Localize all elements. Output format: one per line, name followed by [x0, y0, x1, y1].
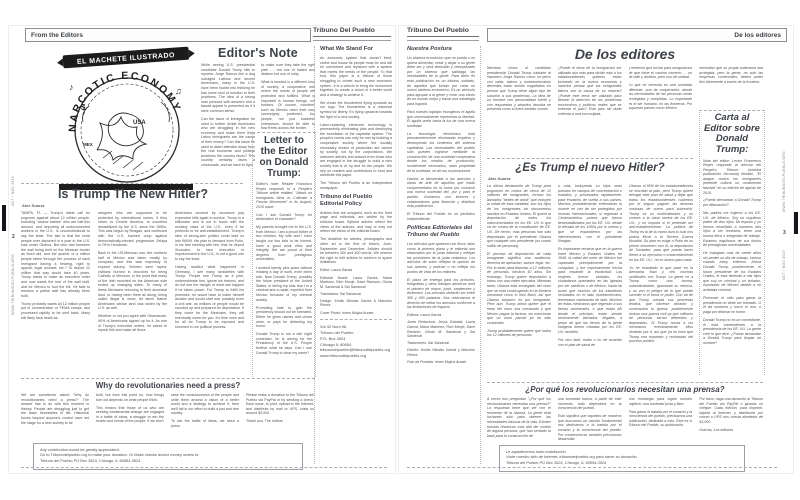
letter-to-editor-article: Letter to the Editor on Donald Trump: Ed…: [252, 132, 316, 377]
paragraph: y tenemos que luchar para asegurarnos de…: [629, 66, 693, 80]
stand-paragraphs: An economic system that doesn't feed, cl…: [320, 56, 392, 191]
paragraph: An economic system that doesn't feed, cl…: [320, 56, 392, 97]
paragraph: Obama, el 90% de los estadounidenses se …: [629, 184, 693, 262]
paragraph: Donald Trump no es un comediante, él est…: [703, 318, 761, 346]
staff-credits: Editor: Laura GarciaEditorial Board: Lau…: [320, 268, 392, 315]
masthead-rule: [407, 36, 479, 41]
address-block: Vol 42 Num 06Tribuno del PuebloP.O. Box …: [320, 324, 392, 359]
paragraph: This means that those of us who are seek…: [96, 406, 164, 424]
paragraph: A veces nos preguntan "¿Por qué los revo…: [487, 397, 551, 438]
letter-body: Can I sue Donald Trump for defamation of…: [256, 213, 312, 356]
editores-col2: ¿Puede el tema de la inmigración ser uti…: [558, 66, 622, 152]
credit-line: Design: Emilio Nikolas Garcia & Mauricio…: [320, 299, 392, 308]
paragraph: Can the issue of immigration be used to …: [201, 117, 255, 168]
press-es-col2: una sociedad nueva, a partir de este mom…: [558, 397, 622, 441]
press-es-col3: una estrategia para lograr nuestro objet…: [629, 397, 693, 441]
paragraph: Back in the US-Mexican war, the northern…: [98, 251, 167, 311]
hitler-es-col3: Obama, el 90% de los estadounidenses se …: [629, 184, 693, 368]
hitler-col2: refugees who are supposed to be protecte…: [98, 211, 167, 371]
page-right: Tribuno Del Pueblo De los editores Nuest…: [398, 25, 794, 474]
music-note-icon: ♪: [69, 82, 74, 92]
contribution-line: Tribuno del Pueblo PO Box 3524, Chicago,…: [506, 460, 738, 466]
staff-credits-es: Editora: Laura GarciaJunta Redactora: Je…: [407, 313, 475, 364]
section-header-box-right: De los editores: [487, 28, 787, 42]
hitler-article-es: ¿Es Trump el nuevo Hitler? Alex Suarez L…: [487, 162, 693, 368]
paragraph: The Tribuno del Pueblo is an independent…: [320, 181, 392, 190]
press-col4: Please make a donation to the Tribuno de…: [246, 393, 314, 439]
credit-line: Foto de Portada: Irineo Mujica Arzate: [407, 360, 475, 365]
masthead-right-text: Tribuno Del Pueblo: [407, 27, 479, 34]
cartoon-banner: EL MACHETE ILUSTRADO: [57, 46, 196, 69]
paragraph: We chose the thunderbird flying upwards …: [320, 101, 392, 119]
paragraph: Thank you, The editors: [246, 419, 314, 424]
paragraph: El proceso de deportación de cada inmigr…: [487, 252, 551, 326]
carta-al-editor-article: Carta al Editor sobre Donald Trump: Nota…: [699, 110, 765, 375]
paragraph: ¿Puede el tema de la inmigración ser uti…: [558, 66, 622, 117]
credit-line: Traductores: Sal Sandoval: [407, 341, 475, 346]
registration-mark-left: [2, 205, 6, 231]
paragraph: Los artículos que aparecen sin firma, ta…: [407, 242, 475, 274]
press-section-title: Why do revolutionaries need a press?: [21, 381, 315, 390]
masthead-left: Tribuno Del Pueblo: [313, 27, 391, 41]
paragraph: El Tribuno del Pueblo es un periódico in…: [407, 212, 475, 221]
page-number-left: 2: [12, 234, 15, 240]
edge-date-right: OCT / NOV 2015: [782, 250, 786, 280]
contribution-box: Any contribution would be greatly apprec…: [33, 443, 303, 470]
paragraph: necesitan que su propia soberanía sea pr…: [699, 66, 763, 84]
cartoon-mex-label: MEX: [83, 142, 93, 147]
masthead-right: Tribuno Del Pueblo: [407, 27, 479, 41]
press-col1: We are sometimes asked "Why do revolutio…: [21, 393, 89, 439]
contribution-line: Tribuno del Pueblo PO Box 3524, Chicago,…: [40, 458, 296, 464]
cartoon-illustration: NARCOTIC ECONOMY EL MACHETE ILUSTRADO US…: [53, 46, 199, 192]
paragraph: Can I sue Donald Trump for defamation of…: [256, 213, 312, 222]
hitler-col3: Americans covered by insurance pay expen…: [175, 211, 244, 371]
what-we-stand-for-column: What We Stand For An economic system tha…: [314, 46, 392, 464]
politicas-paragraphs: Los artículos que aparecen sin firma, ta…: [407, 242, 475, 310]
paragraph: I worked twenty plus years without missi…: [256, 266, 312, 303]
paragraph: Para ganar la batalla por el corazón y l…: [629, 410, 693, 428]
divider: [21, 183, 243, 184]
paragraph: Mis padres me trajeron a los EE. UU. de …: [703, 211, 761, 248]
paragraph: Un sistema económico que no pueda o no q…: [407, 56, 475, 107]
paragraph: Es importante recalcar que en la guerra …: [558, 247, 622, 334]
editors-note-col2: to make sure they take the right path - …: [261, 63, 315, 129]
paragraph: to make sure they take the right path - …: [261, 63, 315, 77]
postura-title: Nuestra Postura: [407, 46, 475, 53]
section-label-from-the-editors: From the Editors: [31, 32, 83, 39]
editors-note-col1: While seeing U.S. presidential candidate…: [201, 63, 255, 183]
postura-paragraphs: Un sistema económico que no pueda o no q…: [407, 56, 475, 222]
divider: [487, 158, 693, 159]
paragraph: ¿Puedo demandar a Donald Trump por difam…: [703, 198, 761, 207]
letter-editor-note: Editor's note: Reader Francisco Reyes re…: [256, 182, 312, 210]
edge-date-left: OCT / NOV 2015: [11, 176, 15, 206]
carta-body: ¿Puedo demandar a Donald Trump por difam…: [703, 198, 761, 345]
editores-col1: Mientras vimos al candidato presidencial…: [487, 66, 551, 136]
masthead-left-text: Tribuno Del Pueblo: [313, 27, 391, 34]
paragraph: He trabajado más de veinte años sin perd…: [703, 251, 761, 292]
hitler-article-byline: Alex Suarez: [22, 203, 245, 208]
paragraph: Promoting hate to gain the presidency sh…: [256, 306, 312, 329]
credit-line: Translators: Sal Sandoval: [320, 292, 392, 297]
de-los-editores-title: De los editores: [487, 46, 763, 62]
hitler-es-col2: o más, incluyendo su hijos sean puestos …: [558, 184, 622, 368]
edge-website-right: WWW.TRIBUNODELPUEBLO.ORG: [782, 151, 786, 212]
paragraph: Para nuestro logotipo escogimos el águil…: [407, 110, 475, 128]
hitler-es-col1: La última declaración de Trump para pogr…: [487, 184, 551, 368]
paragraph: We are sometimes asked "Why do revolutio…: [21, 393, 89, 425]
page-bottom-rule: [407, 467, 777, 468]
hitler-col1: TAMPA, FL — Trump's latest call for pogr…: [21, 211, 90, 371]
stand-title: What We Stand For: [320, 46, 392, 53]
masthead-rule: [313, 36, 391, 41]
press-section-es: ¿Por qué los revolucionarios necesitan u…: [487, 382, 763, 472]
credit-line: Diseño: Emilio Nikolas Garcia y Mauricio…: [407, 348, 475, 357]
music-note-icon: ♫: [175, 86, 182, 96]
paragraph: La última declaración de Trump para pogr…: [487, 184, 551, 248]
paragraph: What is needed is a different kind of so…: [261, 80, 315, 129]
divider: [320, 319, 392, 320]
paragraph: Promover el odio para ganar la presidenc…: [703, 296, 761, 314]
credit-line: Editor: Laura Garcia: [320, 268, 392, 273]
paragraph: una estrategia para lograr nuestro objet…: [629, 397, 693, 406]
section-header-box-left: From the Editors: [25, 28, 311, 42]
paragraph: una sociedad nueva, a partir de este mom…: [558, 397, 622, 411]
credit-line: Junta Redactora: Jesús Estrada, Laura Ga…: [407, 320, 475, 338]
page-bottom-rule: [21, 467, 387, 468]
politicas-editoriales-title: Políticas Editoriales del Tribuno del Pu…: [407, 225, 475, 239]
press-es-title: ¿Por qué los revolucionarios necesitan u…: [487, 385, 763, 394]
edge-website-left: WWW.TRIBUNODELPUEBLO.ORG: [11, 254, 15, 315]
press-es-col1: A veces nos preguntan "¿Por qué los revo…: [487, 397, 551, 441]
credit-line: Editora: Laura Garcia: [407, 313, 475, 318]
press-section: Why do revolutionaries need a press? We …: [21, 378, 315, 470]
page-left: OCT / NOV 2015 2 WWW.TRIBUNODELPUEBLO.OR…: [8, 25, 396, 474]
carta-editor-note: Nota del editor: Lector Francesco Reyes …: [703, 159, 761, 196]
hitler-article-title: Is Trump The New Hitler?: [21, 187, 245, 201]
paragraph: TAMPA, FL — Trump's latest call for pogr…: [21, 211, 90, 298]
hitler-article: Is Trump The New Hitler? Alex Suarez TAM…: [21, 187, 245, 371]
editores-col3: y tenemos que luchar para asegurarnos de…: [629, 66, 693, 154]
paragraph: Americans covered by insurance pay expen…: [175, 211, 244, 262]
paragraph: Por otro lado, están o no de acuerdo con…: [558, 338, 622, 347]
dollar-sign-icon: $: [81, 103, 86, 112]
hitler-es-title: ¿Es Trump el nuevo Hitler?: [487, 162, 693, 174]
cartoon-arc-text: NARCOTIC ECONOMY: [67, 70, 184, 132]
section-label-de-los-editores: De los editores: [734, 32, 781, 39]
paragraph: o más, incluyendo su hijos sean puestos …: [558, 184, 622, 244]
paragraph: Lo que se necesita es una sociedad difer…: [629, 83, 693, 111]
nuestra-postura-column: Nuestra Postura Un sistema económico que…: [407, 46, 481, 464]
paragraph: Labor-replacing electronic technology is…: [320, 123, 392, 178]
editorial-policy-paragraphs: Articles that are unsigned, such as the …: [320, 211, 392, 265]
paragraph: Damos la bienvenida a los artículos y ob…: [407, 177, 475, 209]
paragraph: Donald Trump is not a late night comedia…: [256, 332, 312, 355]
paragraph: Esto significa que aquellos de nosotros …: [558, 414, 622, 441]
paragraph: Trump probablemente quiere que todos los…: [487, 329, 551, 338]
letter-title: Letter to the Editor on Donald Trump:: [256, 135, 312, 179]
hitler-es-byline: Alex Suarez: [488, 176, 693, 181]
address-line: www.tribunodelpueblo.org: [320, 353, 392, 359]
paragraph: My parents brought me to the U.S. from M…: [256, 225, 312, 262]
paragraph: Yo he estudiado lo que pasó en la Aleman…: [629, 266, 693, 344]
paragraph: El plazo de entrega para los artículos, …: [407, 278, 475, 310]
paragraph: built, but from this point on, how thing…: [96, 393, 164, 402]
page-number-right: 3: [783, 230, 786, 236]
paragraph: Gracias, Los editores: [699, 428, 763, 433]
editorial-cartoon: NARCOTIC ECONOMY EL MACHETE ILUSTRADO US…: [53, 46, 199, 192]
editorial-policy-title: Tribuno del Pueblo Editorial Policy: [320, 194, 392, 208]
credit-line: Editorial Board: Laura Garcia, Maria Mar…: [320, 276, 392, 290]
editores-col4: necesitan que su propia soberanía sea pr…: [699, 66, 763, 98]
press-es-col4: Por favor, haga una donación al Tribuno …: [699, 397, 763, 441]
paragraph: While seeing U.S. presidential candidate…: [201, 63, 255, 114]
cartoon-usa-label: USA: [133, 120, 146, 126]
paragraph: Mientras vimos al candidato presidencial…: [487, 66, 551, 112]
credit-line: Cover Photo: Irineo Mujica Arzate: [320, 311, 392, 316]
paragraph: Having studied what happened in Germany,…: [175, 265, 244, 329]
registration-mark-right: [794, 212, 798, 234]
carta-title: Carta al Editor sobre Donald Trump:: [703, 113, 761, 156]
paragraph: raise the consciousness of the people an…: [171, 393, 239, 416]
paragraph: To win the battle of ideas, we need a pr…: [171, 419, 239, 428]
newspaper-spread: OCT / NOV 2015 2 WWW.TRIBUNODELPUEBLO.OR…: [0, 0, 800, 500]
paragraph: La tecnología electrónica está permanent…: [407, 132, 475, 173]
paragraph: The deadline for articles, photographs a…: [320, 237, 392, 265]
paragraph: Whether or not you agree with Obamacare,…: [98, 314, 167, 332]
paragraph: Articles that are unsigned, such as the …: [320, 211, 392, 234]
paragraph: Por favor, haga una donación al Tribuno …: [699, 397, 763, 425]
paragraph: Please make a donation to the Tribuno de…: [246, 393, 314, 416]
paragraph: refugees who are supposed to be protecte…: [98, 211, 167, 248]
press-col3: raise the consciousness of the people an…: [171, 393, 239, 439]
press-col2: built, but from this point on, how thing…: [96, 393, 164, 439]
paragraph: Trump probably wants all 12 million peop…: [21, 302, 90, 320]
editors-note-title: Editor's Note: [201, 46, 315, 60]
